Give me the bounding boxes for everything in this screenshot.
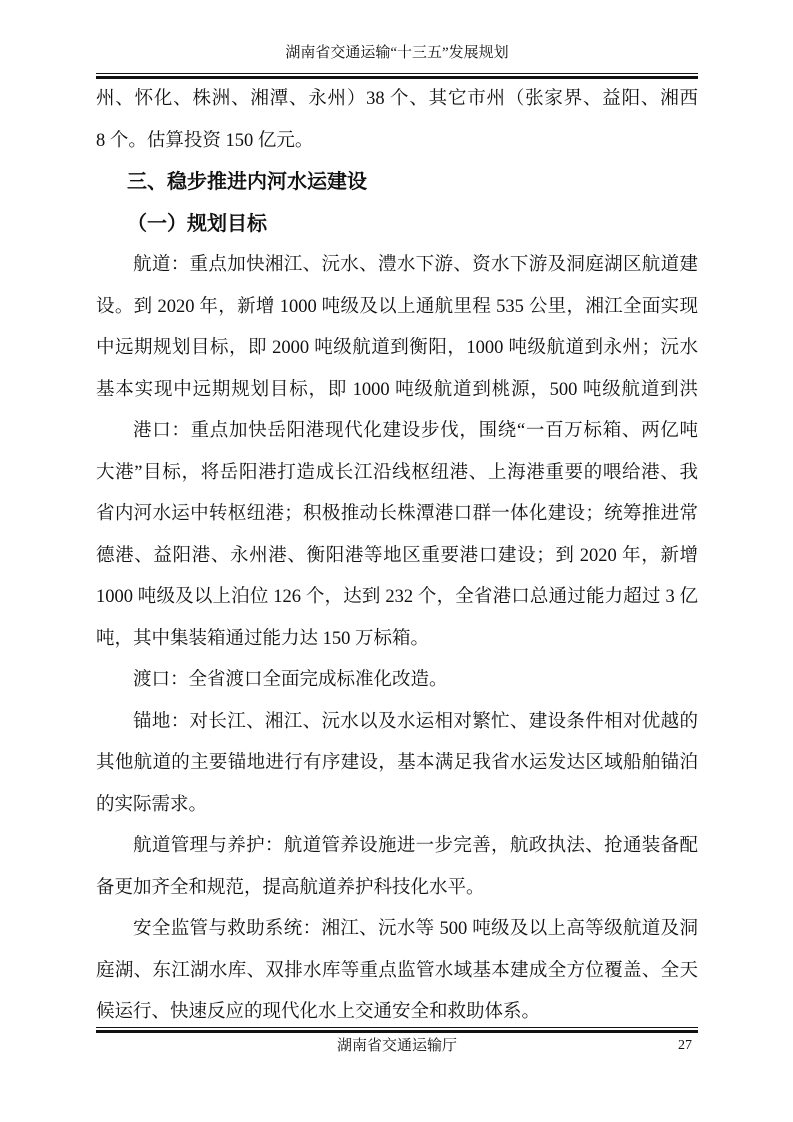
text-line: 渡口：全省渡口全面完成标准化改造。: [96, 660, 698, 702]
text-line: 的实际需求。: [96, 785, 698, 827]
text-line: 基本实现中远期规划目标，即 1000 吨级航道到桃源，500 吨级航道到洪江。: [96, 370, 698, 412]
text-line: 安全监管与救助系统：湘江、沅水等 500 吨级及以上高等级航道及洞: [96, 909, 698, 951]
text-line: 1000 吨级及以上泊位 126 个，达到 232 个，全省港口总通过能力超过 …: [96, 577, 698, 619]
footer-rule: [96, 1027, 698, 1033]
text-line: 州、怀化、株洲、湘潭、永州）38 个、其它市州（张家界、益阳、湘西州）: [96, 79, 698, 121]
text-line: 设。到 2020 年，新增 1000 吨级及以上通航里程 535 公里，湘江全面…: [96, 287, 698, 329]
text-line: 中远期规划目标，即 2000 吨级航道到衡阳，1000 吨级航道到永州；沅水: [96, 328, 698, 370]
document-body: 州、怀化、株洲、湘潭、永州）38 个、其它市州（张家界、益阳、湘西州）8 个。估…: [96, 79, 698, 1034]
text-line: 备更加齐全和规范，提高航道养护科技化水平。: [96, 868, 698, 910]
text-line: 其他航道的主要锚地进行有序建设，基本满足我省水运发达区域船舶锚泊: [96, 743, 698, 785]
heading-line: 三、稳步推进内河水运建设: [96, 162, 698, 204]
header-title: 湖南省交通运输“十三五”发展规划: [96, 42, 698, 64]
text-line: 航道管理与养护：航道管养设施进一步完善，航政执法、抢通装备配: [96, 826, 698, 868]
text-line: 吨，其中集装箱通过能力达 150 万标箱。: [96, 619, 698, 661]
document-page: 湖南省交通运输“十三五”发展规划 州、怀化、株洲、湘潭、永州）38 个、其它市州…: [0, 0, 793, 1122]
text-line: 锚地：对长江、湘江、沅水以及水运相对繁忙、建设条件相对优越的: [96, 702, 698, 744]
footer-org: 湖南省交通运输厅: [96, 1036, 698, 1056]
text-line: 庭湖、东江湖水库、双排水库等重点监管水域基本建成全方位覆盖、全天: [96, 951, 698, 993]
text-line: 航道：重点加快湘江、沅水、澧水下游、资水下游及洞庭湖区航道建: [96, 245, 698, 287]
text-line: 港口：重点加快岳阳港现代化建设步伐，围绕“一百万标箱、两亿吨: [96, 411, 698, 453]
footer: 湖南省交通运输厅 27: [96, 1036, 698, 1056]
text-line: 大港”目标，将岳阳港打造成长江沿线枢纽港、上海港重要的喂给港、我: [96, 453, 698, 495]
text-line: 8 个。估算投资 150 亿元。: [96, 121, 698, 163]
page-number: 27: [678, 1036, 692, 1056]
text-line: 省内河水运中转枢纽港；积极推动长株潭港口群一体化建设；统筹推进常: [96, 494, 698, 536]
text-line: 德港、益阳港、永州港、衡阳港等地区重要港口建设；到 2020 年，新增: [96, 536, 698, 578]
heading-line: （一）规划目标: [96, 204, 698, 246]
